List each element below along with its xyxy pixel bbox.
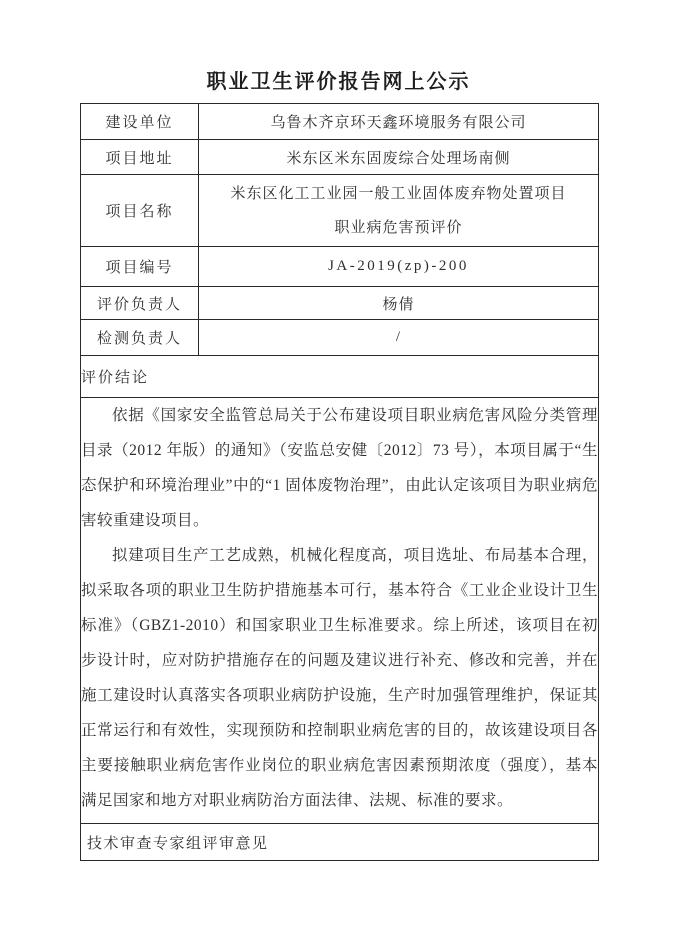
row-evaluation-lead: 评价负责人 杨倩: [81, 287, 599, 320]
conclusion-paragraph-2: 拟建项目生产工艺成熟，机械化程度高，项目选址、布局基本合理，拟采取各项的职业卫生…: [81, 538, 598, 818]
row-conclusion-header: 评价结论: [81, 356, 599, 398]
project-address-value: 米东区米东固废综合处理场南侧: [199, 140, 599, 175]
row-project-number: 项目编号 JA-2019(zp)-200: [81, 247, 599, 287]
project-number-value: JA-2019(zp)-200: [199, 247, 599, 287]
testing-lead-value: /: [199, 320, 599, 356]
row-construction-unit: 建设单位 乌鲁木齐京环天鑫环境服务有限公司: [81, 104, 599, 140]
project-name-line-1: 米东区化工工业园一般工业固体废弃物处置项目: [199, 177, 598, 211]
row-project-address: 项目地址 米东区米东固废综合处理场南侧: [81, 140, 599, 175]
expert-review-header: 技术审查专家组评审意见: [81, 824, 599, 861]
project-name-value: 米东区化工工业园一般工业固体废弃物处置项目 职业病危害预评价: [199, 175, 599, 247]
row-expert-review: 技术审查专家组评审意见: [81, 824, 599, 861]
construction-unit-value: 乌鲁木齐京环天鑫环境服务有限公司: [199, 104, 599, 140]
evaluation-lead-label: 评价负责人: [81, 287, 199, 320]
document-page: 职业卫生评价报告网上公示 建设单位 乌鲁木齐京环天鑫环境服务有限公司 项目地址 …: [0, 0, 677, 946]
testing-lead-label: 检测负责人: [81, 320, 199, 356]
conclusion-body: 依据《国家安全监管总局关于公布建设项目职业病危害风险分类管理目录（2012 年版…: [81, 398, 599, 824]
row-testing-lead: 检测负责人 /: [81, 320, 599, 356]
project-name-label: 项目名称: [81, 175, 199, 247]
page-title: 职业卫生评价报告网上公示: [0, 0, 677, 94]
project-name-line-2: 职业病危害预评价: [199, 211, 598, 245]
row-project-name: 项目名称 米东区化工工业园一般工业固体废弃物处置项目 职业病危害预评价: [81, 175, 599, 247]
project-address-label: 项目地址: [81, 140, 199, 175]
row-conclusion-body: 依据《国家安全监管总局关于公布建设项目职业病危害风险分类管理目录（2012 年版…: [81, 398, 599, 824]
evaluation-lead-value: 杨倩: [199, 287, 599, 320]
construction-unit-label: 建设单位: [81, 104, 199, 140]
project-number-label: 项目编号: [81, 247, 199, 287]
conclusion-header: 评价结论: [81, 356, 599, 398]
publicity-table: 建设单位 乌鲁木齐京环天鑫环境服务有限公司 项目地址 米东区米东固废综合处理场南…: [80, 103, 599, 861]
conclusion-paragraph-1: 依据《国家安全监管总局关于公布建设项目职业病危害风险分类管理目录（2012 年版…: [81, 398, 598, 538]
